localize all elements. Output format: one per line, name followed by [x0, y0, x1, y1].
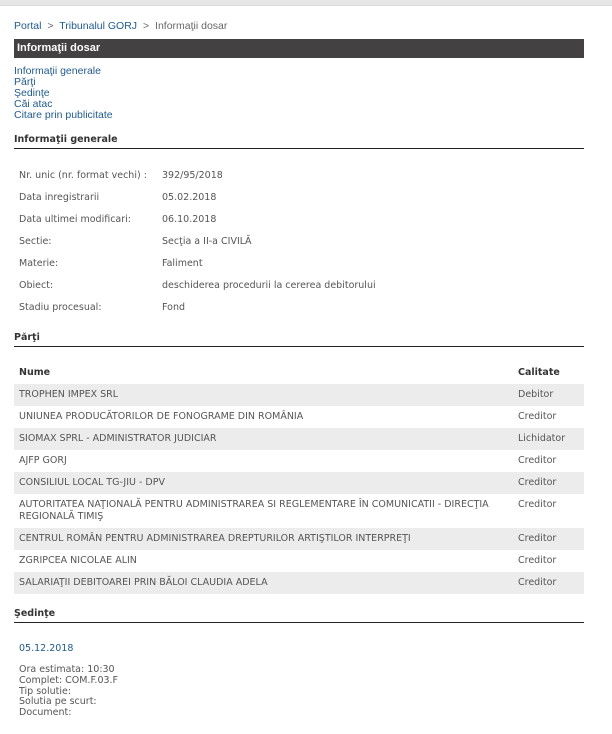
info-label: Materie:: [19, 258, 162, 269]
table-row: CONSILIUL LOCAL TG-JIU - DPV Creditor: [14, 472, 584, 494]
hearing-details: Ora estimata: 10:30 Complet: COM.F.03.F …: [19, 665, 118, 719]
party-name: AUTORITATEA NAŢIONALĂ PENTRU ADMINISTRAR…: [19, 499, 499, 523]
info-row-last-modified: Data ultimei modificari:06.10.2018: [19, 214, 216, 225]
info-value: Fond: [162, 302, 185, 313]
info-value: Faliment: [162, 258, 203, 269]
party-role: Creditor: [518, 411, 556, 422]
party-role: Creditor: [518, 555, 556, 566]
hearing-panel: Complet: COM.F.03.F: [19, 676, 118, 687]
info-row-registration-date: Data inregistrarii05.02.2018: [19, 192, 216, 203]
info-row-procedural-stage: Stadiu procesual:Fond: [19, 302, 185, 313]
info-value: 06.10.2018: [162, 214, 216, 225]
hearings-heading: Şedinţe: [14, 608, 584, 623]
table-row: AUTORITATEA NAŢIONALĂ PENTRU ADMINISTRAR…: [14, 494, 584, 528]
breadcrumb-tribunal[interactable]: Tribunalul GORJ: [59, 20, 137, 32]
nav-link-public-summons[interactable]: Citare prin publicitate: [14, 110, 113, 121]
section-nav: Informaţii generale Părţi Şedinţe Căi at…: [14, 66, 113, 121]
info-row-object: Obiect:deschiderea procedurii la cererea…: [19, 280, 376, 291]
party-role: Creditor: [518, 477, 556, 488]
info-label: Data ultimei modificari:: [19, 214, 162, 225]
info-row-case-number: Nr. unic (nr. format vechi) :392/95/2018: [19, 170, 223, 181]
party-role: Creditor: [518, 533, 556, 544]
parties-table: Nume Calitate parte TROPHEN IMPEX SRL De…: [14, 362, 584, 594]
browser-top-bar: [0, 0, 612, 6]
party-name: CENTRUL ROMÂN PENTRU ADMINISTRAREA DREPT…: [19, 533, 499, 545]
party-name: AJFP GORJ: [19, 455, 499, 467]
info-label: Data inregistrarii: [19, 192, 162, 203]
hearing-date-link[interactable]: 05.12.2018: [19, 643, 73, 654]
party-name: TROPHEN IMPEX SRL: [19, 389, 499, 401]
table-row: UNIUNEA PRODUCĂTORILOR DE FONOGRAME DIN …: [14, 406, 584, 428]
column-header-name: Nume: [19, 362, 499, 384]
page-title: Informaţii dosar: [14, 39, 584, 58]
party-name: CONSILIUL LOCAL TG-JIU - DPV: [19, 477, 499, 489]
party-role: Creditor: [518, 499, 556, 510]
breadcrumb-separator: >: [47, 20, 53, 32]
hearing-document: Document:: [19, 708, 118, 719]
info-label: Nr. unic (nr. format vechi) :: [19, 170, 162, 181]
party-name: ZGRIPCEA NICOLAE ALIN: [19, 555, 499, 567]
general-info-heading: Informaţii generale: [14, 134, 584, 149]
table-row: SALARIAŢII DEBITOAREI PRIN BĂLOI CLAUDIA…: [14, 572, 584, 594]
info-row-matter: Materie:Faliment: [19, 258, 203, 269]
parties-heading: Părţi: [14, 332, 584, 347]
breadcrumb-separator: >: [143, 20, 149, 32]
info-value: 05.02.2018: [162, 192, 216, 203]
party-name: UNIUNEA PRODUCĂTORILOR DE FONOGRAME DIN …: [19, 411, 499, 423]
party-name: SIOMAX SPRL - ADMINISTRATOR JUDICIAR: [19, 433, 499, 445]
table-row: CENTRUL ROMÂN PENTRU ADMINISTRAREA DREPT…: [14, 528, 584, 550]
info-row-section: Sectie:Secţia a II-a CIVILĂ: [19, 236, 252, 247]
party-role: Debitor: [518, 389, 553, 400]
table-row: TROPHEN IMPEX SRL Debitor: [14, 384, 584, 406]
info-label: Sectie:: [19, 236, 162, 247]
info-value: 392/95/2018: [162, 170, 223, 181]
party-role: Creditor: [518, 577, 556, 588]
breadcrumb-portal[interactable]: Portal: [14, 20, 41, 32]
party-name: SALARIAŢII DEBITOAREI PRIN BĂLOI CLAUDIA…: [19, 577, 499, 589]
info-value: deschiderea procedurii la cererea debito…: [162, 280, 376, 291]
table-row: SIOMAX SPRL - ADMINISTRATOR JUDICIAR Lic…: [14, 428, 584, 450]
info-label: Obiect:: [19, 280, 162, 291]
table-row: ZGRIPCEA NICOLAE ALIN Creditor: [14, 550, 584, 572]
breadcrumb: Portal > Tribunalul GORJ > Informaţii do…: [14, 20, 227, 32]
breadcrumb-current: Informaţii dosar: [155, 20, 227, 32]
party-role: Lichidator: [518, 433, 565, 444]
info-label: Stadiu procesual:: [19, 302, 162, 313]
table-row: AJFP GORJ Creditor: [14, 450, 584, 472]
party-role: Creditor: [518, 455, 556, 466]
info-value: Secţia a II-a CIVILĂ: [162, 236, 252, 247]
parties-table-header: Nume Calitate parte: [14, 362, 584, 384]
